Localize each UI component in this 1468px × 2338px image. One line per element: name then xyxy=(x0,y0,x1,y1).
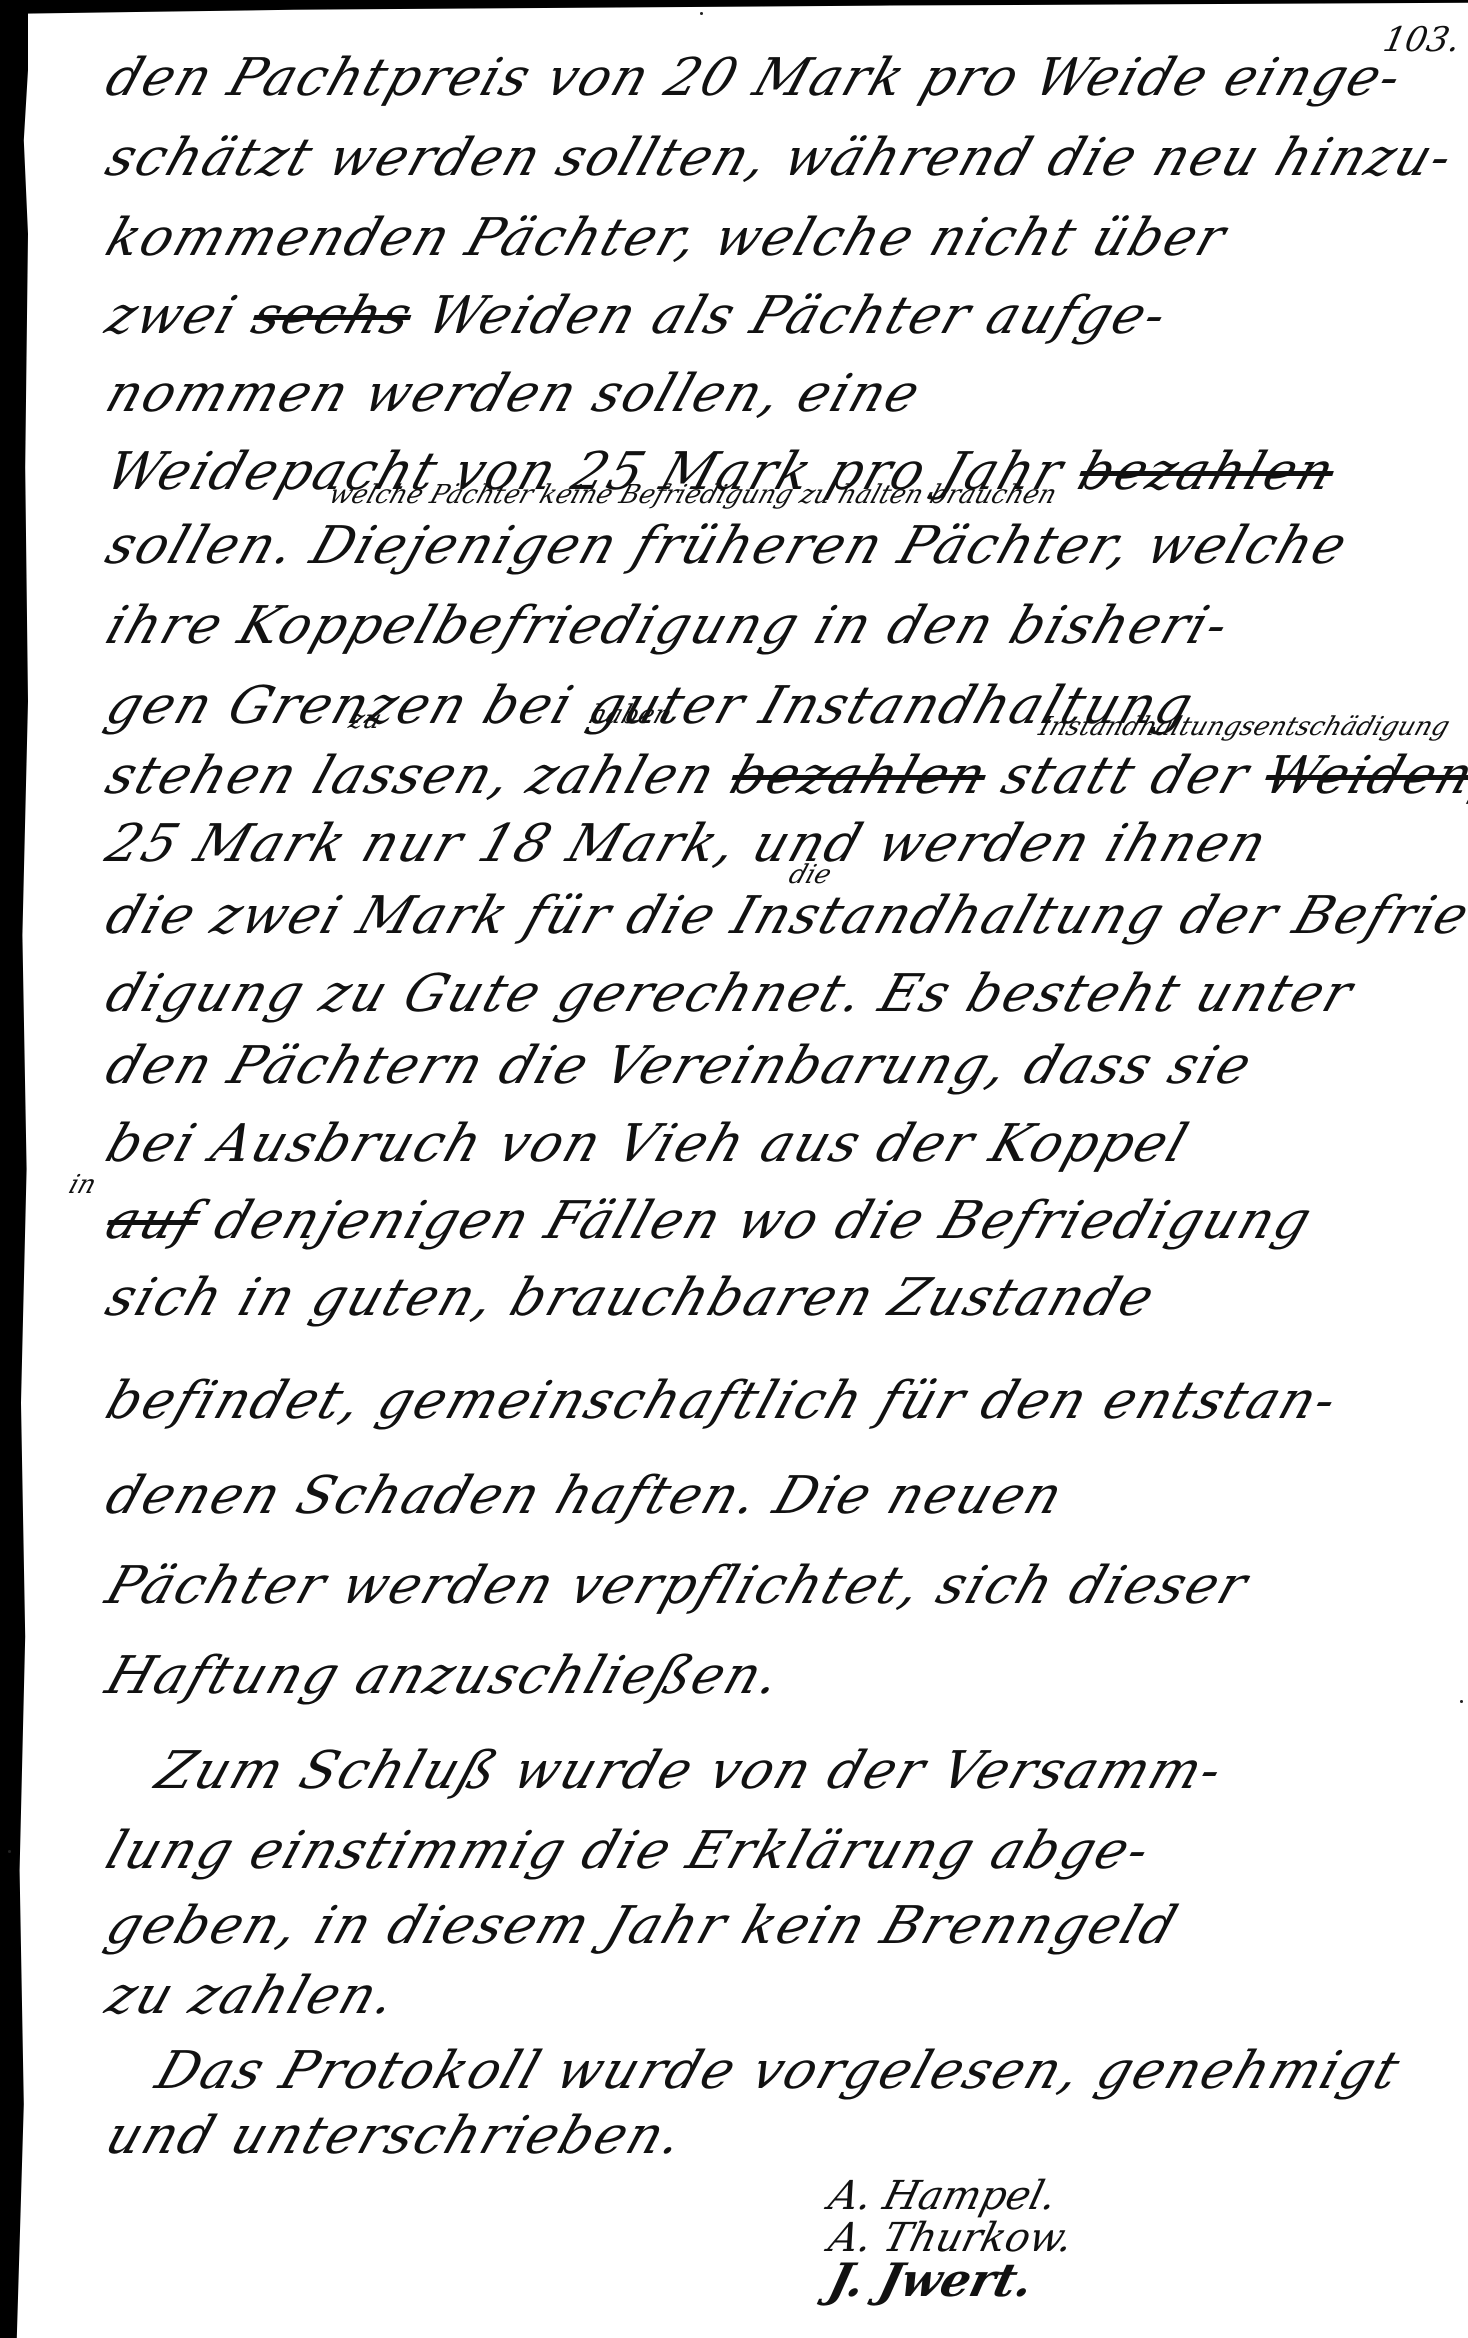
text-line: kommenden Pächter, welche nicht über xyxy=(100,212,1457,264)
text-line: stehen lassen, zahlen bezahlen statt der… xyxy=(100,750,1457,802)
scan-speck xyxy=(700,12,703,15)
text-line: ihre Koppelbefriedigung in den bisheri- xyxy=(100,600,1457,652)
signature: J. Jwert. xyxy=(825,2259,1078,2301)
scan-border-top xyxy=(0,0,1468,14)
text-line: auf denjenigen Fällen wo die Befriedigun… xyxy=(100,1195,1457,1247)
text-line: schätzt werden sollten, während die neu … xyxy=(100,132,1457,184)
interlinear-insert: haben xyxy=(585,700,676,730)
text-line: und unterschrieben. xyxy=(100,2110,1457,2162)
text-line: geben, in diesem Jahr kein Brenngeld xyxy=(100,1900,1457,1952)
interlinear-insert: in xyxy=(65,1170,100,1200)
text-line: sich in guten, brauchbaren Zustande xyxy=(100,1272,1457,1324)
interlinear-insert: Instandhaltungsentschädigung xyxy=(1035,712,1453,742)
text-line: 25 Mark nur 18 Mark, und werden ihnen xyxy=(100,818,1457,870)
text-line: denen Schaden haften. Die neuen xyxy=(100,1470,1457,1522)
text-line: sollen. Diejenigen früheren Pächter, wel… xyxy=(100,520,1457,572)
interlinear-insert: welche Pächter keine Befriedigung zu hal… xyxy=(325,480,1060,510)
signature: A. Hampel. xyxy=(825,2175,1078,2217)
signature-block: A. Hampel. A. Thurkow. J. Jwert. xyxy=(830,2175,1072,2301)
text-line: zwei sechs Weiden als Pächter aufge- xyxy=(100,290,1457,342)
text-line: bei Ausbruch von Vieh aus der Koppel xyxy=(100,1118,1457,1170)
scan-border-left xyxy=(0,0,28,2338)
text-line: den Pächtern die Vereinbarung, dass sie xyxy=(100,1040,1457,1092)
text-line: Pächter werden verpflichtet, sich dieser xyxy=(100,1560,1457,1612)
text-line: digung zu Gute gerechnet. Es besteht unt… xyxy=(100,968,1457,1020)
scan-speck xyxy=(1460,1700,1463,1703)
text-line: die zwei Mark für die Instandhaltung der… xyxy=(100,890,1457,942)
scan-speck xyxy=(8,1850,11,1853)
text-line: Zum Schluß wurde von der Versamm- xyxy=(150,1745,1468,1797)
text-line: Das Protokoll wurde vorgelesen, genehmig… xyxy=(150,2045,1468,2097)
text-line: lung einstimmig die Erklärung abge- xyxy=(100,1825,1457,1877)
text-line: den Pachtpreis von 20 Mark pro Weide ein… xyxy=(100,52,1457,104)
text-line: zu zahlen. xyxy=(100,1970,1457,2022)
text-line: befindet, gemeinschaftlich für den entst… xyxy=(100,1375,1457,1427)
text-line: nommen werden sollen, eine xyxy=(100,368,1457,420)
text-line: Haftung anzuschließen. xyxy=(100,1650,1457,1702)
